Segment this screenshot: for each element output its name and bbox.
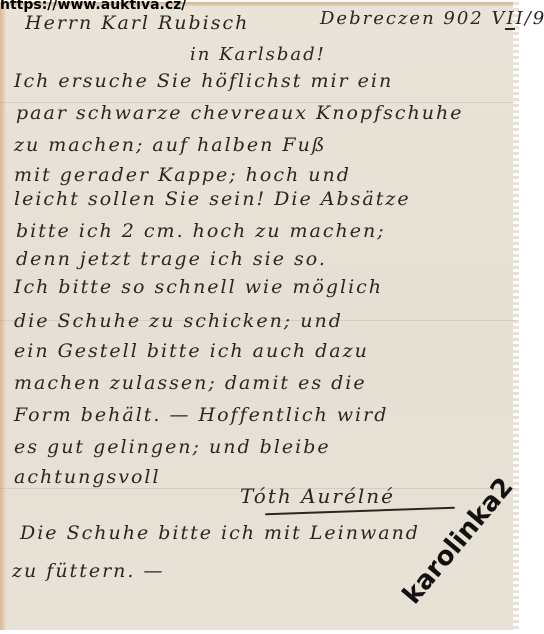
body-line: die Schuhe zu schicken; und	[14, 310, 343, 332]
body-line: Form behält. — Hoffentlich wird	[14, 404, 388, 426]
auction-url-watermark: https://www.auktiva.cz/	[0, 0, 186, 13]
body-line: zu machen; auf halben Fuß	[14, 134, 327, 156]
body-line: denn jetzt trage ich sie so.	[16, 248, 327, 270]
dash-mark	[505, 28, 515, 30]
postscript-line: zu füttern. —	[12, 560, 164, 582]
location: in Karlsbad!	[190, 44, 326, 65]
perforated-edge	[513, 2, 519, 630]
place-date: Debreczen 902 VII/9.	[320, 8, 544, 29]
body-line: Ich bitte so schnell wie möglich	[14, 276, 383, 298]
signature: Tóth Aurélné	[240, 484, 395, 508]
body-line: Ich ersuche Sie höflichst mir ein	[14, 70, 393, 92]
body-line: es gut gelingen; und bleibe	[14, 436, 331, 458]
postscript-line: Die Schuhe bitte ich mit Leinwand	[20, 522, 420, 544]
addressee: Herrn Karl Rubisch	[25, 12, 249, 34]
body-line: ein Gestell bitte ich auch dazu	[14, 340, 369, 362]
body-line: bitte ich 2 cm. hoch zu machen;	[16, 220, 386, 242]
body-line: leicht sollen Sie sein! Die Absätze	[14, 188, 411, 210]
paper-left-edge	[0, 2, 6, 630]
body-line: mit gerader Kappe; hoch und	[14, 164, 351, 186]
body-line: achtungsvoll	[14, 466, 161, 488]
body-line: paar schwarze chevreaux Knopfschuhe	[16, 102, 463, 124]
body-line: machen zulassen; damit es die	[14, 372, 367, 394]
